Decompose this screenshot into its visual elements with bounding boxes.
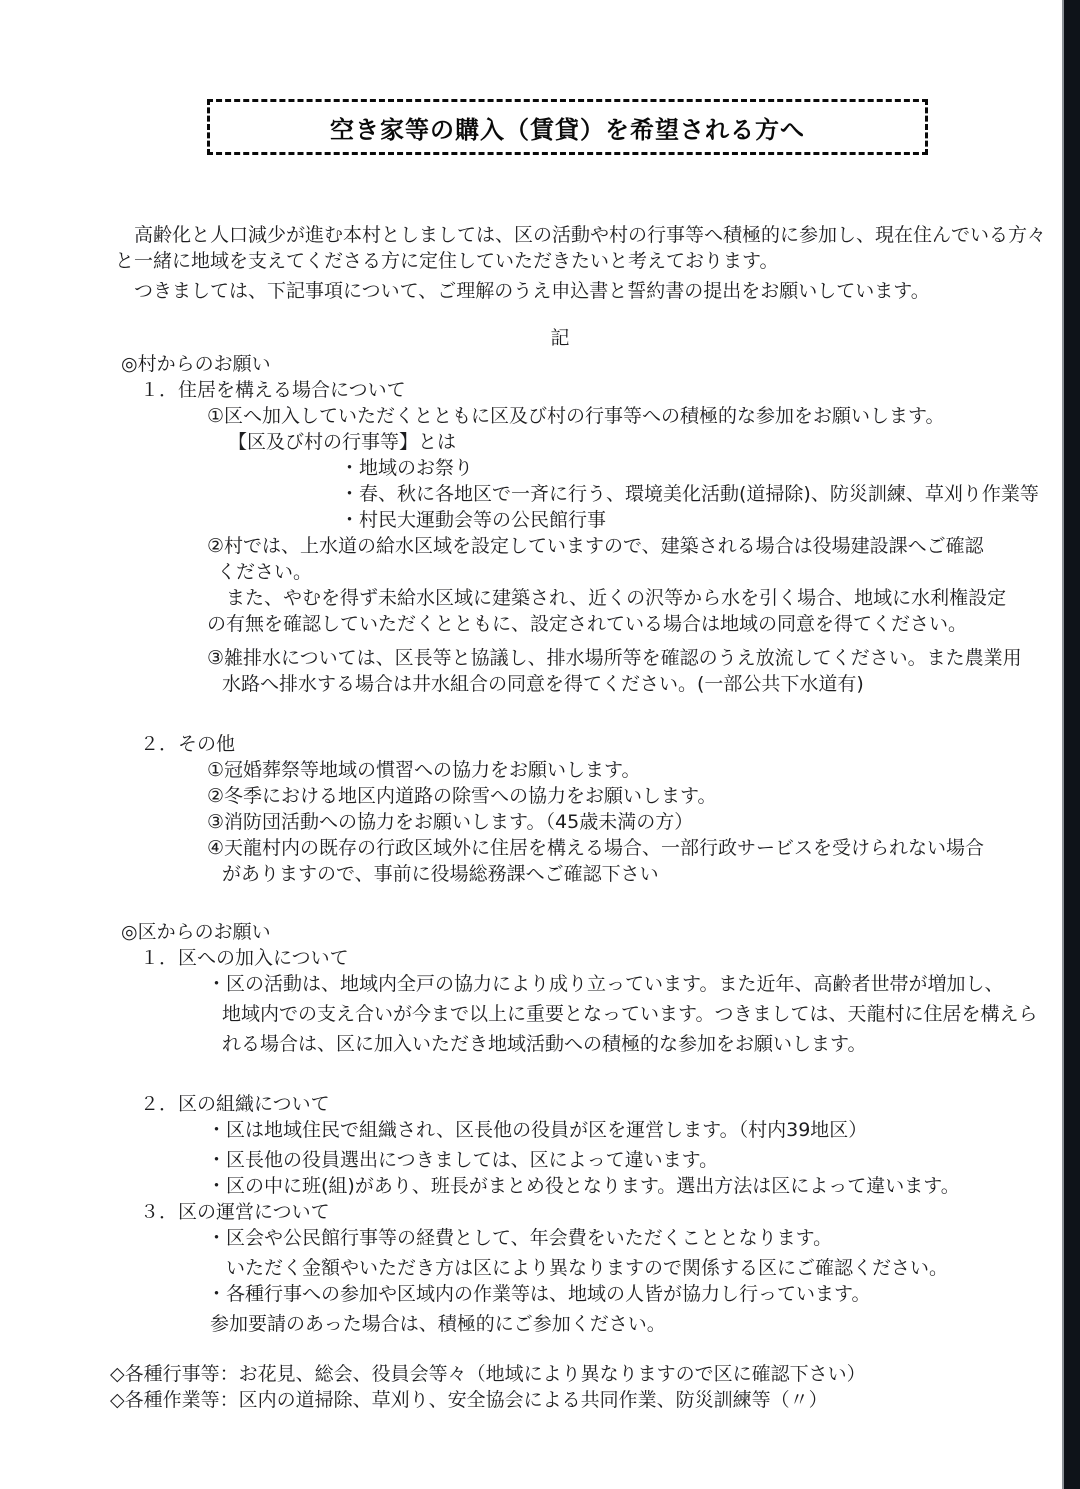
doc-line: １．区への加入について <box>110 945 1030 971</box>
doc-line: ・各種行事への参加や区域内の作業等は、地域の人皆が協力し行っています。 <box>110 1281 1030 1307</box>
document-body: 高齢化と人口減少が進む本村としましては、区の活動や村の行事等へ積極的に参加し、現… <box>110 222 1030 1413</box>
doc-line: ②村では、上水道の給水区域を設定していますので、建築される場合は役場建設課へご確… <box>110 533 1030 559</box>
doc-line: ◎区からのお願い <box>110 919 1030 945</box>
doc-line: ◇各種行事等：お花見、総会、役員会等々（地域により異なりますので区に確認下さい） <box>110 1361 1030 1387</box>
doc-line: 水路へ排水する場合は井水組合の同意を得てください。(一部公共下水道有) <box>110 671 1030 697</box>
document-title-box: 空き家等の購入（賃貸）を希望される方へ <box>207 99 928 155</box>
doc-line: いただく金額やいただき方は区により異なりますので関係する区にご確認ください。 <box>110 1255 1030 1281</box>
doc-line: ３．区の運営について <box>110 1199 1030 1225</box>
document-title: 空き家等の購入（賃貸）を希望される方へ <box>330 110 805 145</box>
doc-line: つきましては、下記事項について、ご理解のうえ申込書と誓約書の提出をお願いしていま… <box>110 278 1030 304</box>
doc-line: １．住居を構える場合について <box>110 377 1030 403</box>
doc-line: ④天龍村内の既存の行政区域外に住居を構える場合、一部行政サービスを受けられない場… <box>110 835 1030 861</box>
doc-line: ①区へ加入していただくとともに区及び村の行事等への積極的な参加をお願いします。 <box>110 403 1030 429</box>
doc-line: ②冬季における地区内道路の除雪への協力をお願いします。 <box>110 783 1030 809</box>
screen-edge-bar <box>1062 0 1080 1489</box>
doc-line: また、やむを得ず未給水区域に建築され、近くの沢等から水を引く場合、地域に水利権設… <box>110 585 1030 611</box>
doc-line: ２．その他 <box>110 731 1030 757</box>
doc-line: 記 <box>110 325 1030 351</box>
doc-line: ・区の活動は、地域内全戸の協力により成り立っています。また近年、高齢者世帯が増加… <box>110 971 1030 997</box>
doc-line: ・区は地域住民で組織され、区長他の役員が区を運営します。（村内39地区） <box>110 1117 1030 1143</box>
doc-line: れる場合は、区に加入いただき地域活動への積極的な参加をお願いします。 <box>110 1031 1030 1057</box>
doc-line: 高齢化と人口減少が進む本村としましては、区の活動や村の行事等へ積極的に参加し、現… <box>110 222 1030 248</box>
doc-line: 参加要請のあった場合は、積極的にご参加ください。 <box>110 1311 1030 1337</box>
doc-line: 地域内での支え合いが今まで以上に重要となっています。つきましては、天龍村に住居を… <box>110 1001 1030 1027</box>
doc-line: ①冠婚葬祭等地域の慣習への協力をお願いします。 <box>110 757 1030 783</box>
doc-line: 【区及び村の行事等】とは <box>110 429 1030 455</box>
doc-line: ③雑排水については、区長等と協議し、排水場所等を確認のうえ放流してください。また… <box>110 645 1030 671</box>
doc-line: ください。 <box>110 559 1030 585</box>
doc-line: ・地域のお祭り <box>110 455 1030 481</box>
doc-line: ◇各種作業等：区内の道掃除、草刈り、安全協会による共同作業、防災訓練等（〃） <box>110 1387 1030 1413</box>
doc-line: ◎村からのお願い <box>110 351 1030 377</box>
doc-line: ・区長他の役員選出につきましては、区によって違います。 <box>110 1147 1030 1173</box>
doc-line: と一緒に地域を支えてくださる方に定住していただきたいと考えております。 <box>110 248 1030 274</box>
doc-line: がありますので、事前に役場総務課へご確認下さい <box>110 861 1030 887</box>
doc-line: ・区会や公民館行事等の経費として、年会費をいただくこととなります。 <box>110 1225 1030 1251</box>
doc-line: ２．区の組織について <box>110 1091 1030 1117</box>
doc-line: ・春、秋に各地区で一斉に行う、環境美化活動(道掃除)、防災訓練、草刈り作業等 <box>110 481 1030 507</box>
doc-line: ・村民大運動会等の公民館行事 <box>110 507 1030 533</box>
doc-line: の有無を確認していただくとともに、設定されている場合は地域の同意を得てください。 <box>110 611 1030 637</box>
doc-line: ・区の中に班(組)があり、班長がまとめ役となります。選出方法は区によって違います… <box>110 1173 1030 1199</box>
doc-line: ③消防団活動への協力をお願いします。（45歳未満の方） <box>110 809 1030 835</box>
